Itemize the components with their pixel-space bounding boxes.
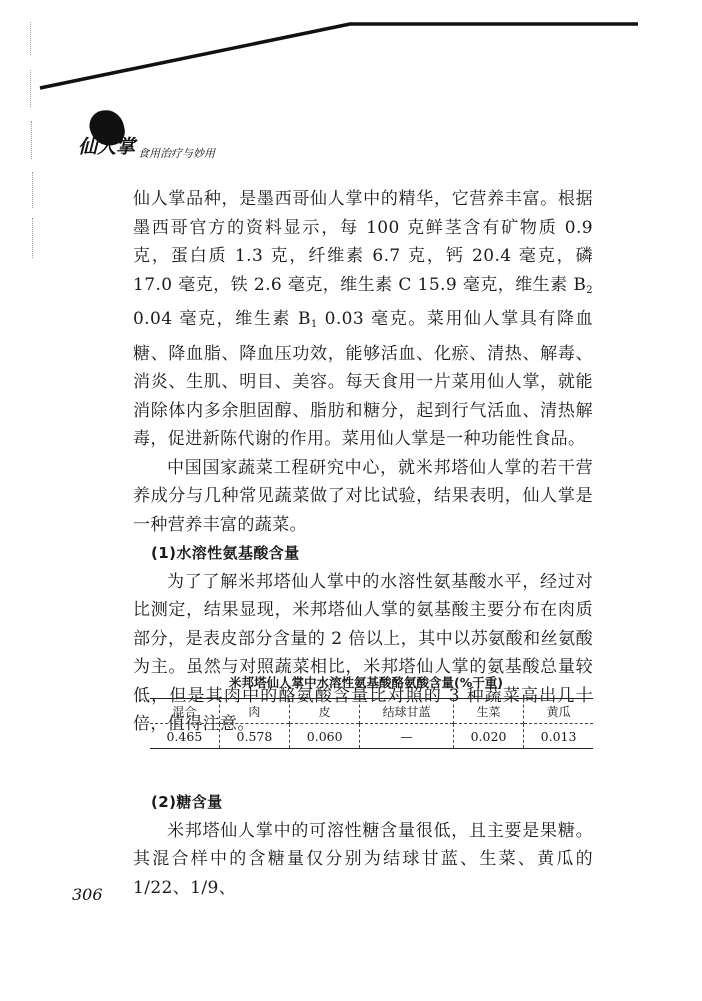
table-title: 米邦塔仙人掌中水溶性氨基酸酪氨酸含量(%干重) <box>142 672 590 694</box>
tyrosine-table: 米邦塔仙人掌中水溶性氨基酸酪氨酸含量(%干重) 混合 肉 皮 结球甘蓝 生菜 黄… <box>150 672 590 749</box>
data-table: 混合 肉 皮 结球甘蓝 生菜 黄瓜 0.465 0.578 0.060 — 0.… <box>150 698 593 749</box>
logo-title: 仙人掌 <box>78 132 135 159</box>
subscript: 2 <box>586 285 593 296</box>
scan-edge-mark <box>31 121 32 159</box>
body-text: 仙人掌品种，是墨西哥仙人掌中的精华，它营养丰富。根据墨西哥官方的资料显示，每 1… <box>133 185 593 739</box>
section-heading-amino-acids: (1)水溶性氨基酸含量 <box>133 539 593 568</box>
paragraph-comparison: 中国国家蔬菜工程研究中心，就米邦塔仙人掌的若干营养成分与几种常见蔬菜做了对比试验… <box>133 454 593 540</box>
column-header: 生菜 <box>453 699 523 724</box>
column-header: 结球甘蓝 <box>360 699 454 724</box>
table-header-row: 混合 肉 皮 结球甘蓝 生菜 黄瓜 <box>150 699 593 724</box>
table-cell: 0.060 <box>290 724 360 749</box>
paragraph-sugar: 米邦塔仙人掌中的可溶性糖含量很低，且主要是果糖。其混合样中的含糖量仅分别为结球甘… <box>133 817 593 903</box>
paragraph-nutrition: 仙人掌品种，是墨西哥仙人掌中的精华，它营养丰富。根据墨西哥官方的资料显示，每 1… <box>133 185 593 454</box>
table-cell: — <box>360 724 454 749</box>
body-text-continued: (2)糖含量 米邦塔仙人掌中的可溶性糖含量很低，且主要是果糖。其混合样中的含糖量… <box>133 788 593 902</box>
scan-edge-mark <box>32 218 33 258</box>
table-cell: 0.020 <box>453 724 523 749</box>
table-cell: 0.578 <box>219 724 289 749</box>
table-cell: 0.465 <box>150 724 219 749</box>
logo-subtitle: 食用治疗与妙用 <box>138 145 215 161</box>
section-heading-sugar: (2)糖含量 <box>133 788 593 817</box>
subscript: 1 <box>311 319 318 330</box>
paragraph-text: 0.03 毫克。菜用仙人掌具有降血糖、降血脂、降血压功效，能够活血、化瘀、清热、… <box>133 309 593 449</box>
book-logo: 仙人掌 食用治疗与妙用 <box>76 108 226 170</box>
column-header: 肉 <box>219 699 289 724</box>
header-rule <box>0 0 702 100</box>
column-header: 黄瓜 <box>524 699 593 724</box>
table-row: 0.465 0.578 0.060 — 0.020 0.013 <box>150 724 593 749</box>
paragraph-text: 仙人掌品种，是墨西哥仙人掌中的精华，它营养丰富。根据墨西哥官方的资料显示，每 1… <box>133 189 593 295</box>
table-cell: 0.013 <box>524 724 593 749</box>
scan-edge-mark <box>32 172 33 208</box>
column-header: 皮 <box>290 699 360 724</box>
column-header: 混合 <box>150 699 219 724</box>
paragraph-text: 0.04 毫克，维生素 B <box>133 309 311 329</box>
page-number: 306 <box>72 885 103 904</box>
